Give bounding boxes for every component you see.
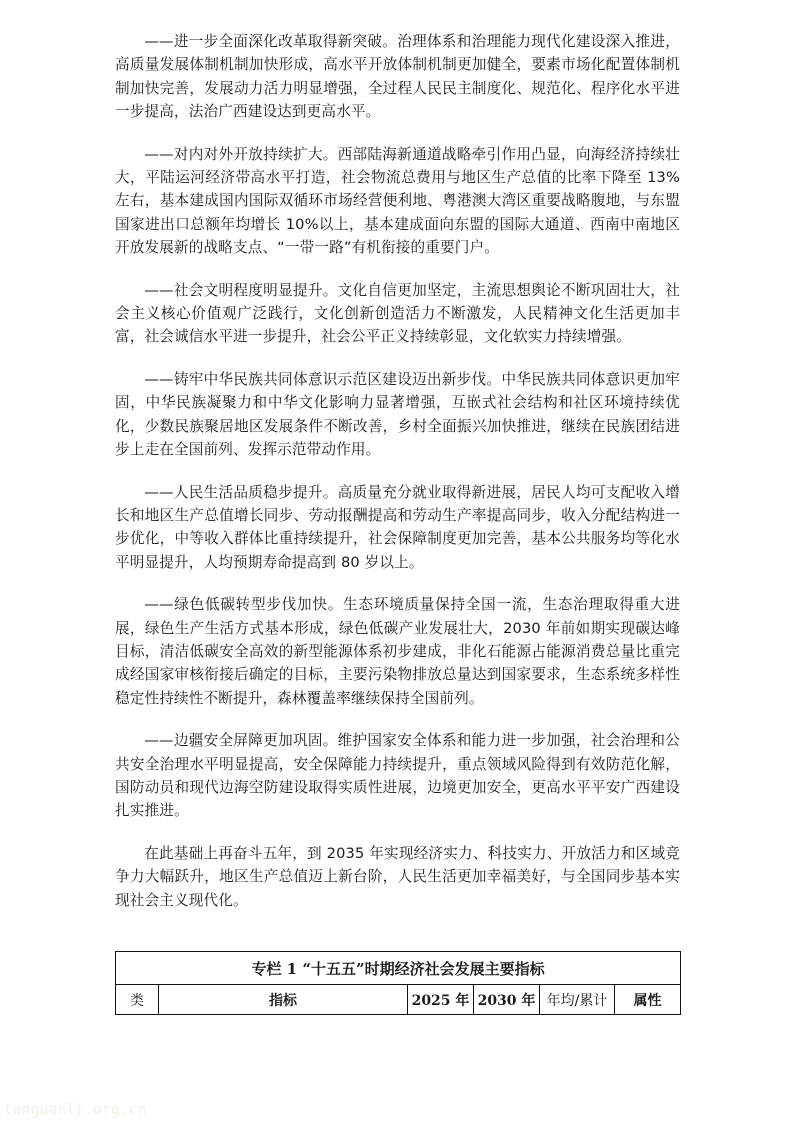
header-category: 类	[116, 985, 159, 1015]
watermark: tanguanli.org.cn	[4, 1102, 147, 1118]
document-body: ——进一步全面深化改革取得新突破。治理体系和治理能力现代化建设深入推进，高质量发…	[115, 30, 680, 931]
paragraph-2035-vision: 在此基础上再奋斗五年，到 2035 年实现经济实力、科技实力、开放活力和区域竞争…	[115, 842, 680, 912]
paragraph-reform: ——进一步全面深化改革取得新突破。治理体系和治理能力现代化建设深入推进，高质量发…	[115, 30, 680, 124]
paragraph-ethnic-unity: ——铸牢中华民族共同体意识示范区建设迈出新步伐。中华民族共同体意识更加牢固，中华…	[115, 368, 680, 462]
paragraph-opening-up: ——对内对外开放持续扩大。西部陆海新通道战略牵引作用凸显，向海经济持续壮大，平陆…	[115, 143, 680, 260]
header-annual-cumulative: 年均/累计	[540, 985, 615, 1015]
header-2025: 2025 年	[408, 985, 474, 1015]
paragraph-social-civilization: ——社会文明程度明显提升。文化自信更加坚定，主流思想舆论不断巩固壮大，社会主义核…	[115, 279, 680, 349]
header-2030: 2030 年	[474, 985, 540, 1015]
header-indicator: 指标	[159, 985, 408, 1015]
paragraph-green-low-carbon: ——绿色低碳转型步伐加快。生态环境质量保持全国一流，生态治理取得重大进展，绿色生…	[115, 593, 680, 710]
indicator-table: 专栏 1 “十五五”时期经济社会发展主要指标 类 指标 2025 年 2030 …	[115, 951, 680, 1015]
paragraph-living-quality: ——人民生活品质稳步提升。高质量充分就业取得新进展，居民人均可支配收入增长和地区…	[115, 481, 680, 575]
table-caption: 专栏 1 “十五五”时期经济社会发展主要指标	[116, 952, 681, 985]
paragraph-border-security: ——边疆安全屏障更加巩固。维护国家安全体系和能力进一步加强，社会治理和公共安全治…	[115, 729, 680, 823]
table-header-row: 类 指标 2025 年 2030 年 年均/累计 属性	[116, 985, 681, 1015]
header-attribute: 属性	[615, 985, 681, 1015]
